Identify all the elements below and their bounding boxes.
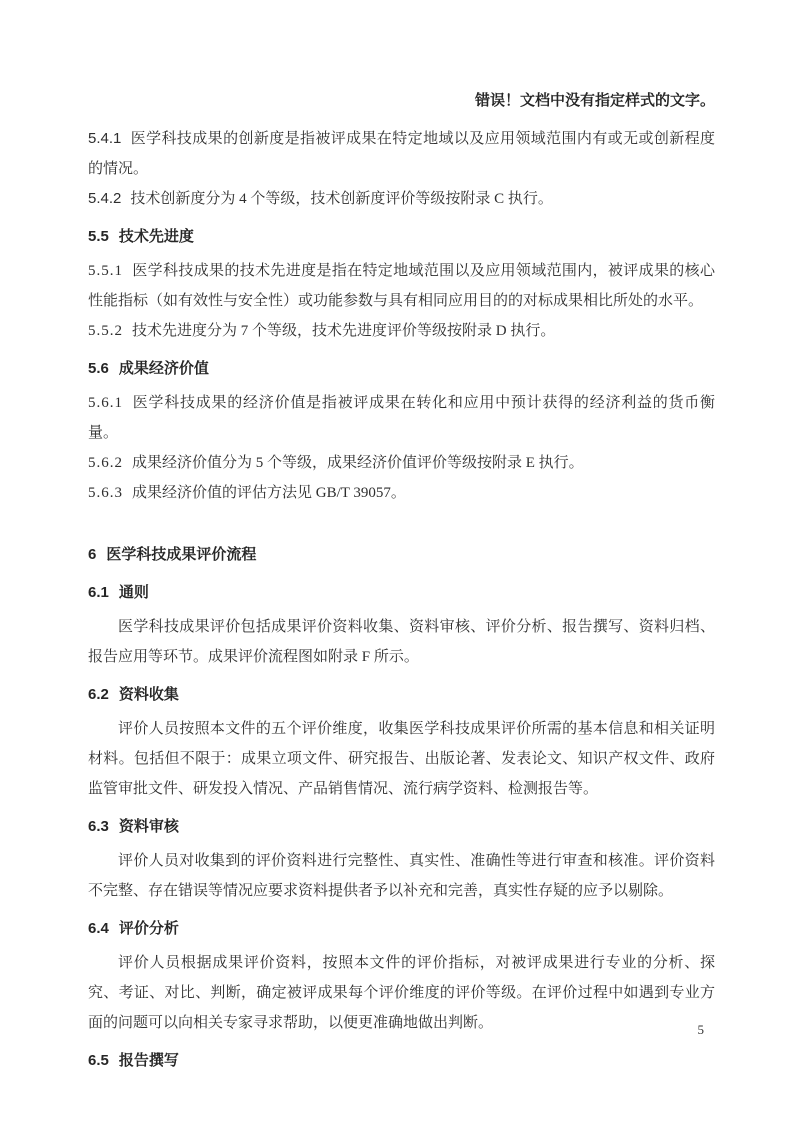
clause-number: 5.4.2	[88, 190, 121, 207]
clause-text: 医学科技成果的技术先进度是指在特定地域范围以及应用领域范围内，被评成果的核心性能…	[88, 263, 715, 309]
heading-number: 5.5	[88, 228, 109, 245]
heading-number: 6.4	[88, 920, 109, 937]
clause-5-6-2: 5.6.2成果经济价值分为 5 个等级，成果经济价值评价等级按附录 E 执行。	[88, 448, 715, 478]
paragraph-6-2: 评价人员按照本文件的五个评价维度，收集医学科技成果评价所需的基本信息和相关证明材…	[88, 714, 715, 804]
heading-title: 医学科技成果评价流程	[106, 546, 256, 563]
clause-5-5-1: 5.5.1医学科技成果的技术先进度是指在特定地域范围以及应用领域范围内，被评成果…	[88, 256, 715, 316]
clause-text: 技术先进度分为 7 个等级，技术先进度评价等级按附录 D 执行。	[132, 323, 555, 339]
heading-title: 报告撰写	[119, 1052, 179, 1069]
header-error-text: 错误！文档中没有指定样式的文字。	[88, 92, 715, 110]
heading-number: 6.3	[88, 818, 109, 835]
section-heading-6-4: 6.4评价分析	[88, 914, 715, 944]
section-heading-6-3: 6.3资料审核	[88, 812, 715, 842]
heading-title: 资料收集	[119, 686, 179, 703]
clause-number: 5.6.2	[88, 455, 123, 471]
clause-number: 5.5.2	[88, 323, 123, 339]
section-heading-5-6: 5.6成果经济价值	[88, 354, 715, 384]
clause-text: 医学科技成果的创新度是指被评成果在特定地域以及应用领域范围内有或无或创新程度的情…	[88, 131, 715, 177]
heading-title: 成果经济价值	[119, 360, 209, 377]
heading-title: 资料审核	[119, 818, 179, 835]
heading-number: 6.5	[88, 1052, 109, 1069]
heading-title: 技术先进度	[119, 228, 194, 245]
section-heading-6-2: 6.2资料收集	[88, 680, 715, 710]
heading-number: 6	[88, 546, 96, 563]
paragraph-6-3: 评价人员对收集到的评价资料进行完整性、真实性、准确性等进行审查和核准。评价资料不…	[88, 846, 715, 906]
paragraph-6-1: 医学科技成果评价包括成果评价资料收集、资料审核、评价分析、报告撰写、资料归档、报…	[88, 612, 715, 672]
clause-text: 成果经济价值的评估方法见 GB/T 39057。	[132, 485, 406, 501]
chapter-heading-6: 6医学科技成果评价流程	[88, 540, 715, 570]
section-heading-6-1: 6.1通则	[88, 578, 715, 608]
heading-title: 评价分析	[119, 920, 179, 937]
clause-text: 技术创新度分为 4 个等级，技术创新度评价等级按附录 C 执行。	[130, 191, 553, 207]
section-heading-5-5: 5.5技术先进度	[88, 222, 715, 252]
section-heading-6-5: 6.5报告撰写	[88, 1046, 715, 1076]
page-number: 5	[698, 1022, 705, 1038]
heading-number: 6.1	[88, 584, 109, 601]
clause-number: 5.6.1	[88, 395, 123, 411]
heading-number: 5.6	[88, 360, 109, 377]
clause-text: 医学科技成果的经济价值是指被评成果在转化和应用中预计获得的经济利益的货币衡量。	[88, 395, 715, 441]
heading-number: 6.2	[88, 686, 109, 703]
clause-5-4-1: 5.4.1医学科技成果的创新度是指被评成果在特定地域以及应用领域范围内有或无或创…	[88, 124, 715, 184]
clause-5-6-1: 5.6.1医学科技成果的经济价值是指被评成果在转化和应用中预计获得的经济利益的货…	[88, 388, 715, 448]
clause-number: 5.5.1	[88, 263, 123, 279]
document-page: 错误！文档中没有指定样式的文字。 5.4.1医学科技成果的创新度是指被评成果在特…	[0, 0, 793, 1122]
clause-number: 5.6.3	[88, 485, 123, 501]
clause-5-5-2: 5.5.2技术先进度分为 7 个等级，技术先进度评价等级按附录 D 执行。	[88, 316, 715, 346]
clause-text: 成果经济价值分为 5 个等级，成果经济价值评价等级按附录 E 执行。	[132, 455, 584, 471]
heading-title: 通则	[119, 584, 149, 601]
paragraph-6-4: 评价人员根据成果评价资料，按照本文件的评价指标，对被评成果进行专业的分析、探究、…	[88, 948, 715, 1038]
clause-5-4-2: 5.4.2技术创新度分为 4 个等级，技术创新度评价等级按附录 C 执行。	[88, 184, 715, 214]
clause-5-6-3: 5.6.3成果经济价值的评估方法见 GB/T 39057。	[88, 478, 715, 508]
clause-number: 5.4.1	[88, 130, 121, 147]
